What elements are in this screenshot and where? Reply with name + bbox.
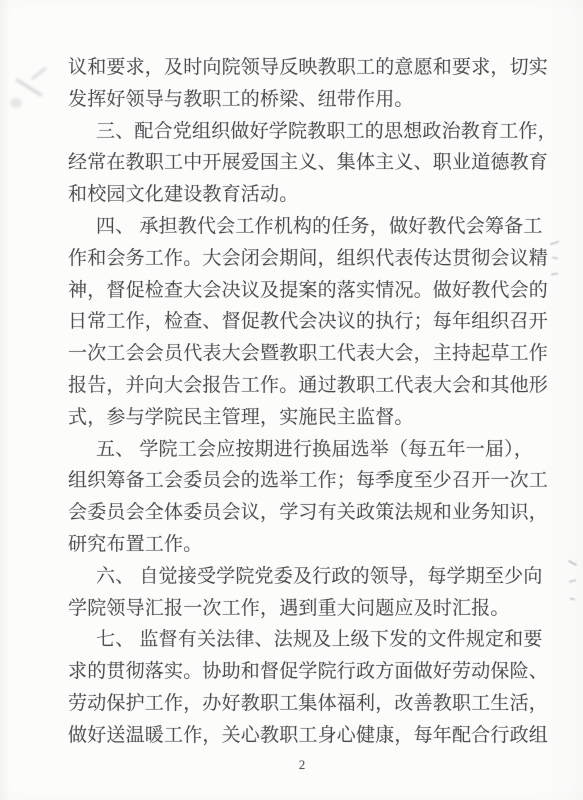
document-line: 四、 承担教代会工作机构的任务，做好教代会筹备工 [68, 211, 570, 243]
document-page: 议和要求，及时向院领导反映教职工的意愿和要求，切实发挥好领导与教职工的桥梁、纽带… [0, 0, 583, 800]
document-line: 做好送温暖工作，关心教职工身心健康，每年配合行政组 [68, 720, 570, 752]
document-line: 三、配合党组织做好学院教职工的思想政治教育工作， [68, 116, 570, 148]
document-line: 作和会务工作。大会闭会期间，组织代表传达贯彻会议精 [68, 243, 570, 275]
document-line: 六、 自觉接受学院党委及行政的领导，每学期至少向 [68, 561, 570, 593]
document-line: 发挥好领导与教职工的桥梁、纽带作用。 [68, 84, 570, 116]
document-line: 报告，并向大会报告工作。通过教职工代表大会和其他形 [68, 370, 570, 402]
document-line: 神，督促检查大会决议及提案的落实情况。做好教代会的 [68, 275, 570, 307]
document-line: 组织筹备工会委员会的选举工作；每季度至少召开一次工 [68, 465, 570, 497]
document-line: 和校园文化建设教育活动。 [68, 179, 570, 211]
smudge-stroke [10, 98, 22, 108]
document-line: 七、 监督有关法律、法规及上级下发的文件规定和要 [68, 624, 570, 656]
document-body: 议和要求，及时向院领导反映教职工的意愿和要求，切实发挥好领导与教职工的桥梁、纽带… [68, 52, 570, 752]
document-line: 议和要求，及时向院领导反映教职工的意愿和要求，切实 [68, 52, 570, 84]
document-line: 一次工会会员代表大会暨教职工代表大会，主持起草工作 [68, 338, 570, 370]
document-line: 会委员会全体委员会议，学习有关政策法规和业务知识， [68, 497, 570, 529]
document-line: 劳动保护工作，办好教职工集体福利，改善教职工生活， [68, 688, 570, 720]
document-line: 五、 学院工会应按期进行换届选举（每五年一届）， [68, 434, 570, 466]
scan-left-edge-shade [0, 0, 10, 800]
smudge-stroke [15, 78, 42, 96]
smudge-stroke [31, 67, 47, 80]
scan-smudge-top-left [8, 62, 54, 122]
document-line: 求的贯彻落实。协助和督促学院行政方面做好劳动保险、 [68, 656, 570, 688]
document-line: 研究布置工作。 [68, 529, 570, 561]
document-line: 式，参与学院民主管理，实施民主监督。 [68, 402, 570, 434]
pencil-mark [570, 598, 575, 601]
page-number: 2 [290, 757, 314, 773]
document-line: 日常工作，检查、督促教代会决议的执行；每年组织召开 [68, 306, 570, 338]
document-line: 学院领导汇报一次工作，遇到重大问题应及时汇报。 [68, 593, 570, 625]
document-line: 经常在教职工中开展爱国主义、集体主义、职业道德教育 [68, 147, 570, 179]
